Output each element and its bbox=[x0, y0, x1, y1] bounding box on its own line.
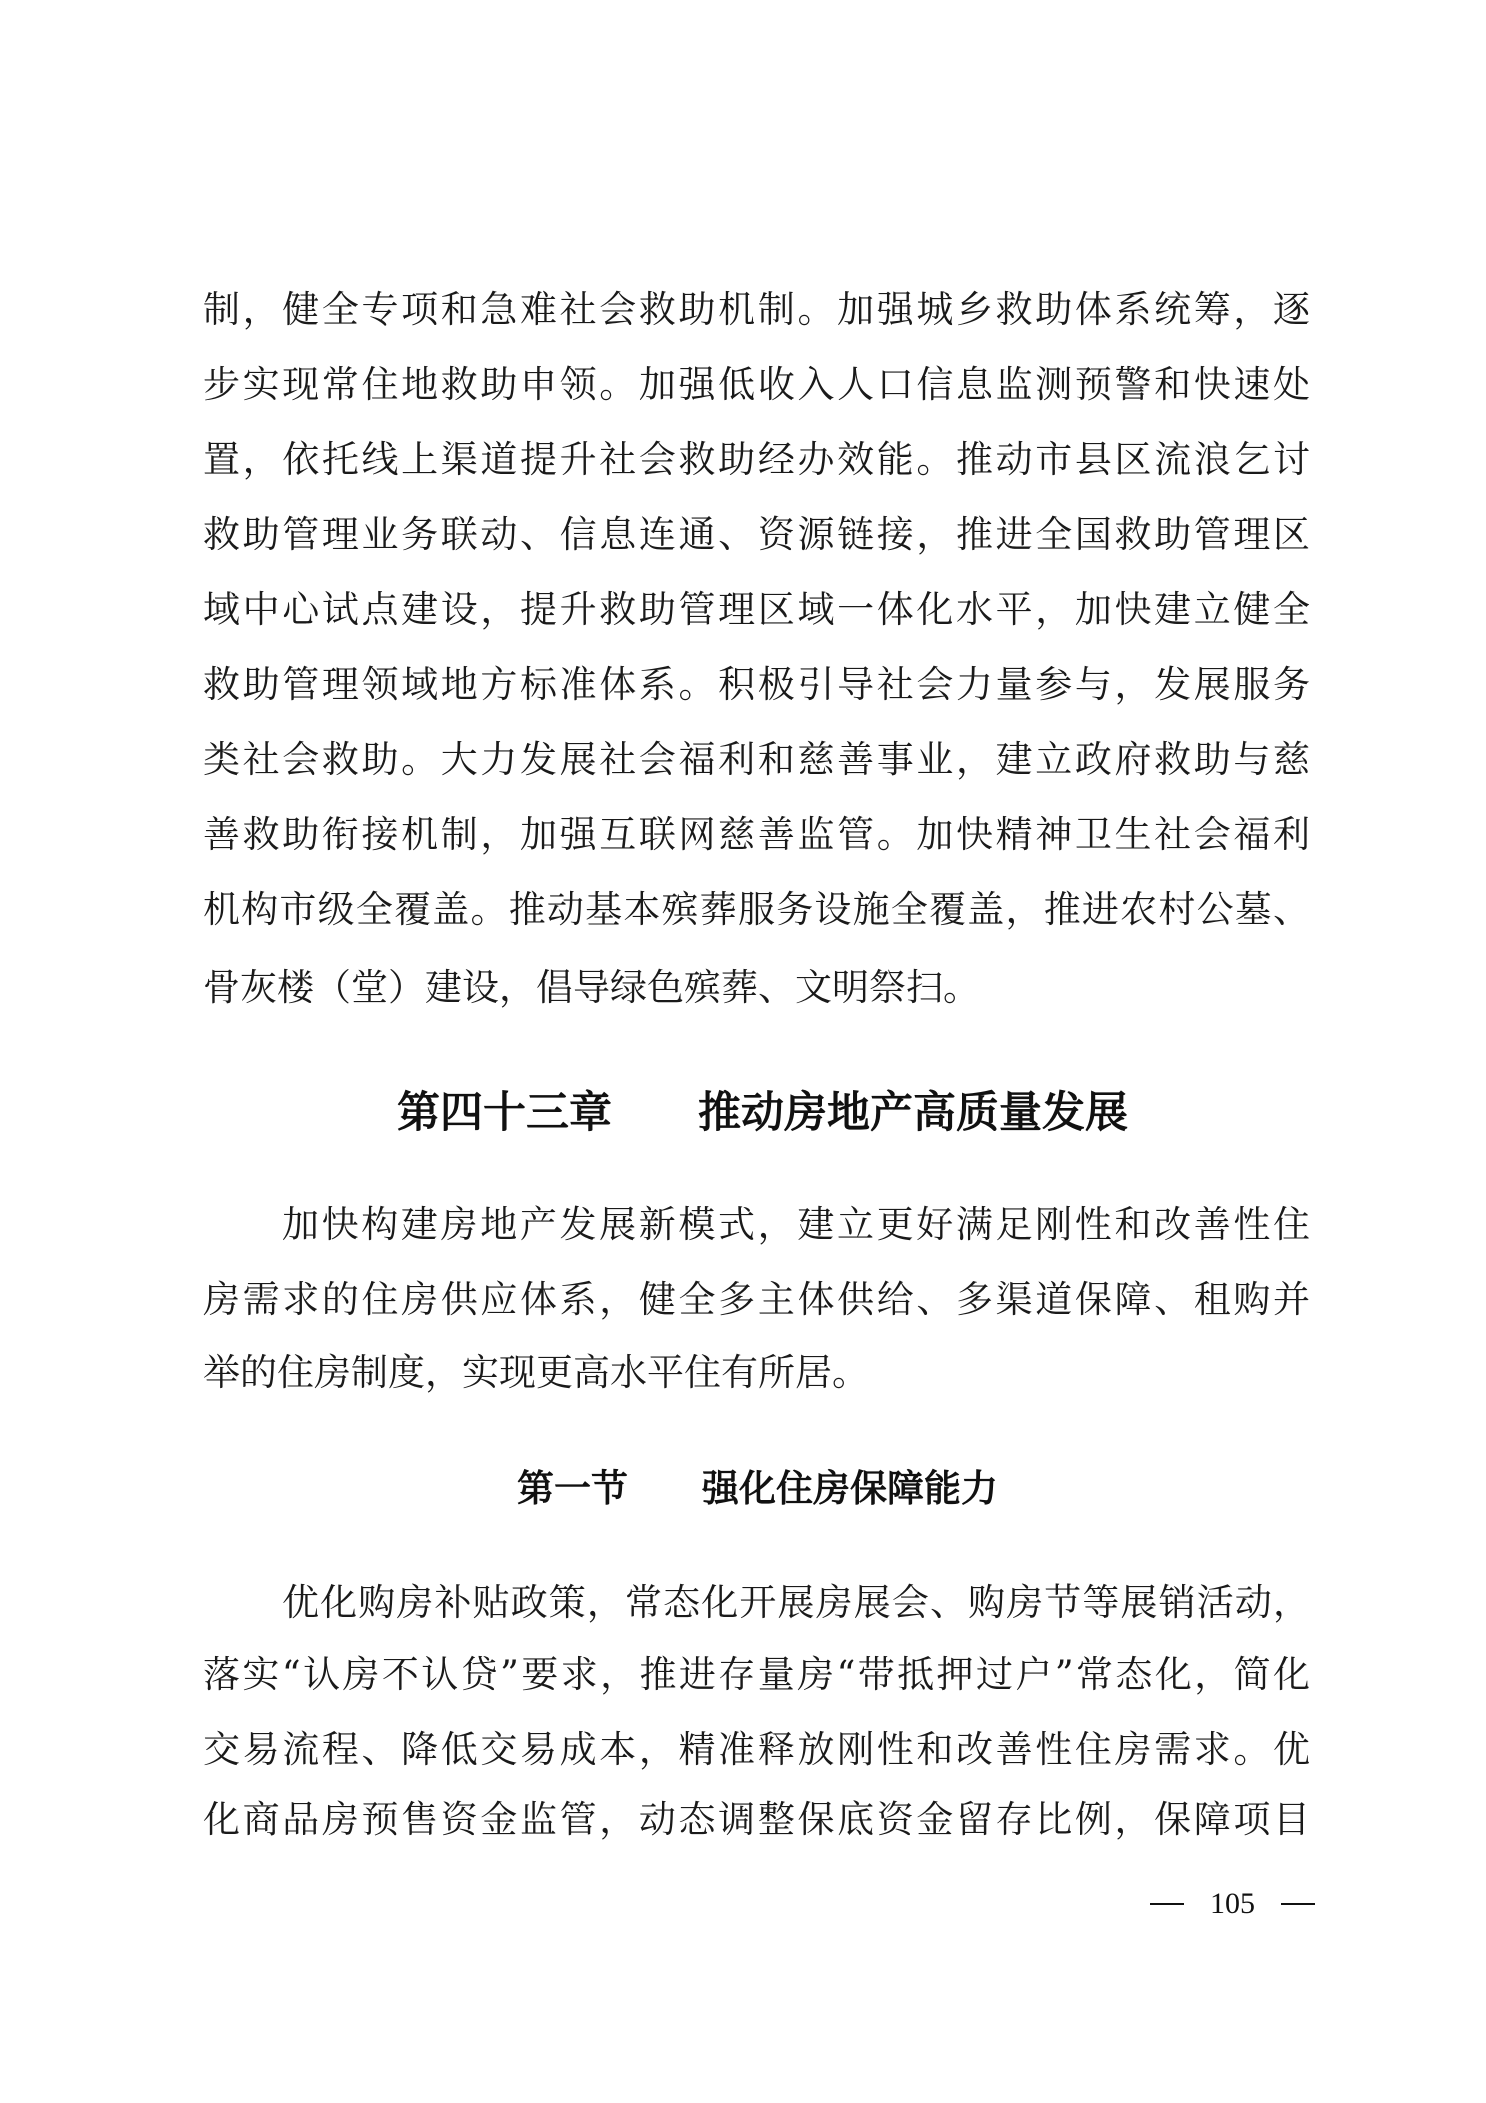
paragraph-line: 加快构建房地产发展新模式，建立更好满足刚性和改善性住 bbox=[282, 1200, 1310, 1250]
chapter-heading: 第四十三章 推动房地产高质量发展 bbox=[397, 1083, 1124, 1143]
paragraph-line: 步实现常住地救助申领。加强低收入人口信息监测预警和快速处 bbox=[203, 360, 1310, 410]
paragraph-line: 房需求的住房供应体系，健全多主体供给、多渠道保障、租购并 bbox=[203, 1275, 1310, 1325]
paragraph-line: 置，依托线上渠道提升社会救助经办效能。推动市县区流浪乞讨 bbox=[203, 435, 1310, 485]
page-number: 105 bbox=[1150, 1884, 1315, 1924]
paragraph-line: 类社会救助。大力发展社会福利和慈善事业，建立政府救助与慈 bbox=[203, 735, 1310, 785]
paragraph-line: 制，健全专项和急难社会救助机制。加强城乡救助体系统筹，逐 bbox=[203, 285, 1310, 335]
dash-left bbox=[1150, 1903, 1184, 1905]
paragraph-line: 域中心试点建设，提升救助管理区域一体化水平，加快建立健全 bbox=[203, 585, 1310, 635]
paragraph-line: 交易流程、降低交易成本，精准释放刚性和改善性住房需求。优 bbox=[203, 1725, 1310, 1775]
paragraph-line: 机构市级全覆盖。推动基本殡葬服务设施全覆盖，推进农村公墓、 bbox=[203, 885, 1310, 935]
section-number: 第一节 bbox=[517, 1466, 628, 1510]
paragraph-line: 善救助衔接机制，加强互联网慈善监管。加快精神卫生社会福利 bbox=[203, 810, 1310, 860]
section-heading: 第一节 强化住房保障能力 bbox=[517, 1462, 996, 1514]
page-number-value: 105 bbox=[1210, 1884, 1255, 1924]
paragraph-line: 救助管理领域地方标准体系。积极引导社会力量参与，发展服务 bbox=[203, 660, 1310, 710]
chapter-title: 推动房地产高质量发展 bbox=[698, 1088, 1128, 1138]
paragraph-line: 举的住房制度，实现更高水平住有所居。 bbox=[203, 1348, 1310, 1398]
paragraph-line: 救助管理业务联动、信息连通、资源链接，推进全国救助管理区 bbox=[203, 510, 1310, 560]
document-page: 制，健全专项和急难社会救助机制。加强城乡救助体系统筹，逐 步实现常住地救助申领。… bbox=[0, 0, 1486, 2103]
paragraph-line: 化商品房预售资金监管，动态调整保底资金留存比例，保障项目 bbox=[203, 1795, 1310, 1845]
paragraph-line: 骨灰楼（堂）建设，倡导绿色殡葬、文明祭扫。 bbox=[203, 963, 1310, 1013]
section-title: 强化住房保障能力 bbox=[702, 1466, 998, 1510]
chapter-number: 第四十三章 bbox=[397, 1088, 612, 1138]
paragraph-line: 优化购房补贴政策，常态化开展房展会、购房节等展销活动， bbox=[282, 1578, 1310, 1628]
dash-right bbox=[1281, 1903, 1315, 1905]
paragraph-line: 落实“认房不认贷”要求，推进存量房“带抵押过户”常态化，简化 bbox=[203, 1650, 1310, 1700]
